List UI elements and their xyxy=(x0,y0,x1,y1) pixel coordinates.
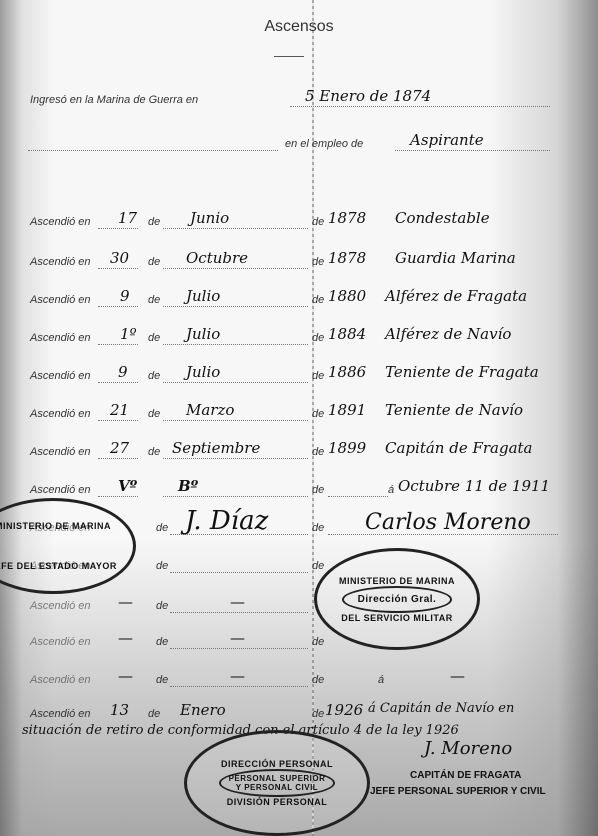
signature-right: Carlos Moreno xyxy=(365,510,531,535)
signature-left: J. Díaz xyxy=(185,506,268,536)
dotted-line xyxy=(163,330,308,345)
dotted-line xyxy=(163,406,308,421)
promotion-row: Ascendió en — de — xyxy=(0,598,598,618)
promotion-row: Ascendió en — de — de á — xyxy=(0,672,598,692)
dotted-line xyxy=(170,558,308,573)
dotted-line xyxy=(163,368,308,383)
stamp-servicio-militar: MINISTERIO DE MARINA Dirección Gral. DEL… xyxy=(314,548,480,650)
promotion-row: Ascendió en 30 de Octubre de 1878 Guardi… xyxy=(0,254,598,274)
empleo-value: Aspirante xyxy=(410,131,484,149)
promotion-row: Ascendió en — de — de xyxy=(0,634,598,654)
stamp-division-personal: DIRECCIÓN PERSONAL PERSONAL SUPERIOR Y P… xyxy=(184,730,370,836)
signature-position: JEFE PERSONAL SUPERIOR Y CIVIL xyxy=(370,786,546,797)
ingreso-row: Ingresó en la Marina de Guerra en 5 Ener… xyxy=(0,92,598,112)
dotted-line xyxy=(163,214,308,229)
promotion-row: Ascendió en 9 de Julio de 1886 Teniente … xyxy=(0,368,598,388)
promotion-row: Ascendió en 9 de Julio de 1880 Alférez d… xyxy=(0,292,598,312)
signature-chief: J. Moreno xyxy=(424,738,512,759)
document-page: Ascensos Ingresó en la Marina de Guerra … xyxy=(0,0,598,836)
promotion-row: Ascendió en 1º de Julio de 1884 Alférez … xyxy=(0,330,598,350)
dotted-line xyxy=(163,292,308,307)
signature-rank: CAPITÁN DE FRAGATA xyxy=(410,770,521,781)
promotion-row: Ascendió en 21 de Marzo de 1891 Teniente… xyxy=(0,406,598,426)
ingreso-label: Ingresó en la Marina de Guerra en xyxy=(30,94,198,106)
ingreso-date: 5 Enero de 1874 xyxy=(305,87,431,105)
dotted-line xyxy=(328,482,388,497)
title-divider xyxy=(274,56,304,57)
dotted-line xyxy=(98,292,138,307)
promotion-row: Ascendió en Vº Bº de á Octubre 11 de 191… xyxy=(0,482,598,502)
empleo-row: en el empleo de Aspirante xyxy=(0,136,598,156)
promotion-row: Ascendió en 17 de Junio de 1878 Condesta… xyxy=(0,214,598,234)
empleo-label: en el empleo de xyxy=(285,138,363,150)
stamp-estado-mayor: MINISTERIO DE MARINA JEFE DEL ESTADO MAY… xyxy=(0,498,136,594)
page-title: Ascensos xyxy=(0,18,598,36)
promotion-row: Ascendió en 27 de Septiembre de 1899 Cap… xyxy=(0,444,598,464)
